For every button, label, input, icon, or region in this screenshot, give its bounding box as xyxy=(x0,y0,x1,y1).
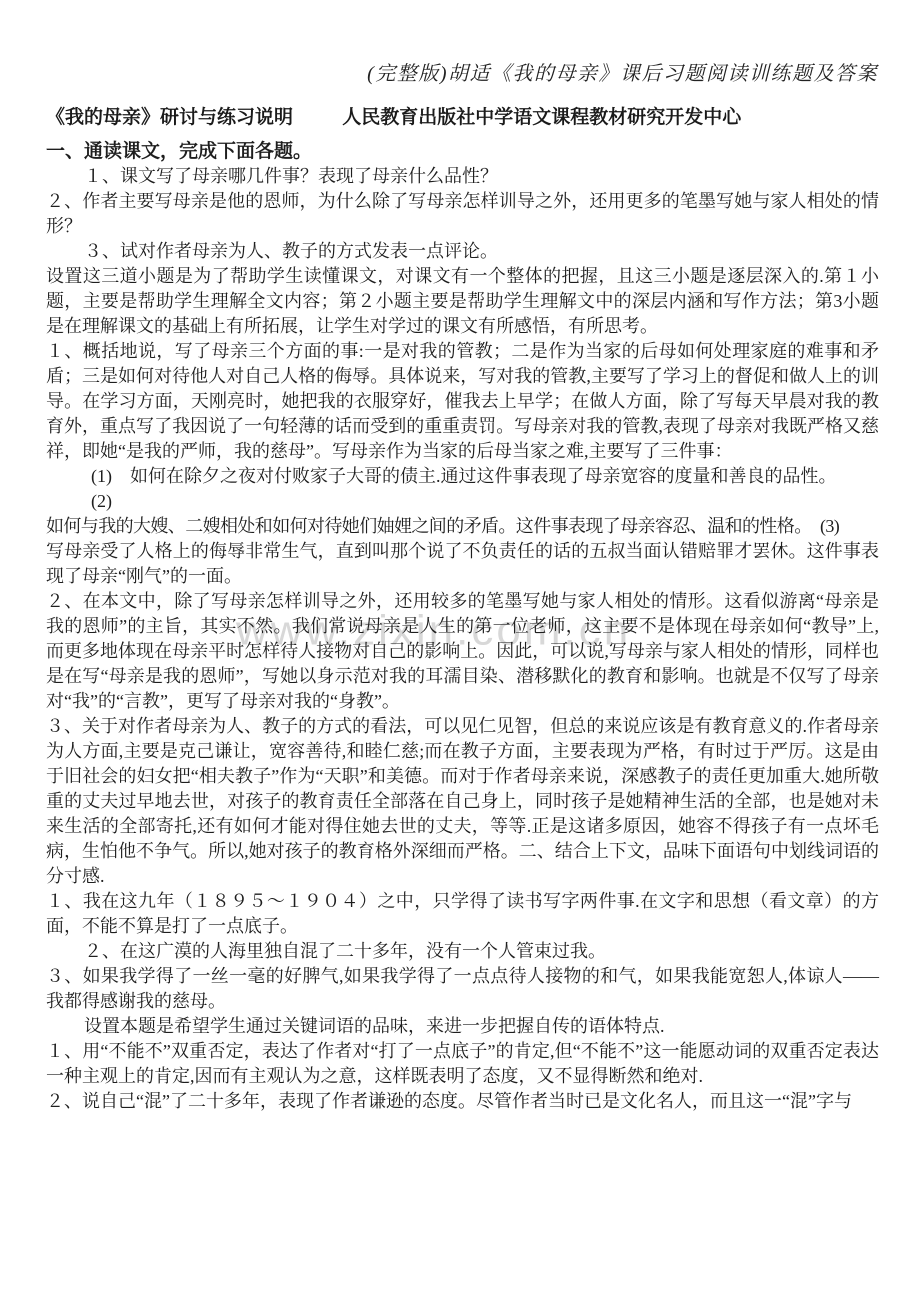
question-1: １、课文写了母亲哪几件事？表现了母亲什么品性？ xyxy=(46,164,879,189)
analysis-2: ２、说自己“混”了二十多年，表现了作者谦逊的态度。尽管作者当时已是文化名人，而且… xyxy=(46,1089,879,1114)
sentence-1: １、我在这九年（１８９５～１９０４）之中，只学得了读书写字两件事.在文字和思想（… xyxy=(46,889,879,939)
analysis-1: １、用“不能不”双重否定，表达了作者对“打了一点底子”的肯定,但“不能不”这一能… xyxy=(46,1039,879,1089)
question-3: ３、试对作者母亲为人、教子的方式发表一点评论。 xyxy=(46,239,879,264)
masthead: 《我的母亲》研讨与练习说明 人民教育出版社中学语文课程教材研究开发中心 xyxy=(46,102,741,129)
answer-1-item-3: 写母亲受了人格上的侮辱非常生气，直到叫那个说了不负责任的话的五叔当面认错赔罪才罢… xyxy=(46,539,879,589)
answer-1-item-2: 如何与我的大嫂、二嫂相处和如何对待她们妯娌之间的矛盾。这件事表现了母亲容忍、温和… xyxy=(46,514,879,539)
answer-1: １、概括地说，写了母亲三个方面的事:一是对我的管教；二是作为当家的后母如何处理家… xyxy=(46,339,879,464)
answer-3: ３、关于对作者母亲为人、教子的方式的看法，可以见仁见智，但总的来说应该是有教育意… xyxy=(46,714,879,889)
answer-1-item-1: (1) 如何在除夕之夜对付败家子大哥的债主.通过这件事表现了母亲宽容的度量和善良… xyxy=(46,464,879,489)
sentence-2: ２、在这广漠的人海里独自混了二十多年，没有一个人管束过我。 xyxy=(46,939,879,964)
answer-overview: 设置这三道小题是为了帮助学生读懂课文，对课文有一个整体的把握，且这三小题是逐层深… xyxy=(46,264,879,339)
answer-2: ２、在本文中，除了写母亲怎样训导之外，还用较多的笔墨写她与家人相处的情形。这看似… xyxy=(46,589,879,714)
sentence-3: ３、如果我学得了一丝一毫的好脾气,如果我学得了一点点待人接物的和气，如果我能宽恕… xyxy=(46,964,879,1014)
document-header-title: (完整版)胡适《我的母亲》课后习题阅读训练题及答案 xyxy=(367,57,878,86)
document-body: 一、通读课文，完成下面各题。 １、课文写了母亲哪几件事？表现了母亲什么品性？ ２… xyxy=(46,139,879,1114)
question-2: ２、作者主要写母亲是他的恩师，为什么除了写母亲怎样训导之外，还用更多的笔墨写她与… xyxy=(46,189,879,239)
document-title: 《我的母亲》研讨与练习说明 xyxy=(46,107,293,128)
exercise-note: 设置本题是希望学生通过关键词语的品味，来进一步把握自传的语体特点. xyxy=(46,1014,879,1039)
section-1-heading: 一、通读课文，完成下面各题。 xyxy=(46,139,879,164)
answer-1-item-2-label: (2) xyxy=(46,489,879,514)
publisher-name: 人民教育出版社中学语文课程教材研究开发中心 xyxy=(342,107,741,128)
document-page: (完整版)胡适《我的母亲》课后习题阅读训练题及答案 www.zixin.com.… xyxy=(0,0,920,1302)
